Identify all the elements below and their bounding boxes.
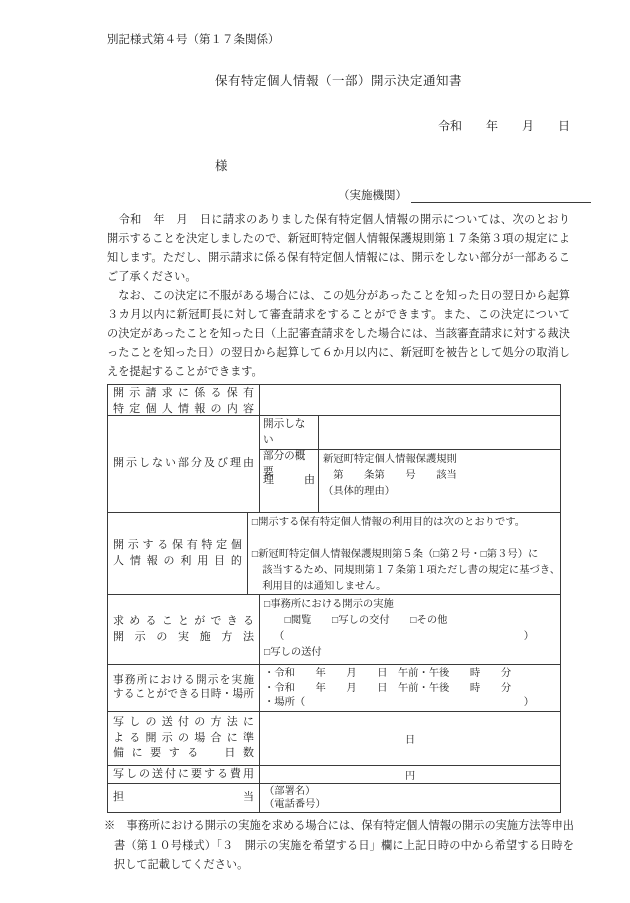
- row-fee-label: 写しの送付に要する費用: [108, 766, 260, 783]
- form-number: 別記様式第４号（第１７条関係）: [107, 31, 280, 47]
- row-datetime-value: ・令和 年 月 日 午前・午後 時 分 ・令和 年 月 日 午前・午後 時 分 …: [260, 665, 560, 711]
- label-line: よる開示の場合に準: [113, 731, 254, 747]
- footnote: ※ 事務所における開示の実施を求める場合には、保有特定個人情報の開示の実施方法等…: [104, 817, 574, 876]
- purpose-line: □開示する保有特定個人情報の利用目的は次のとおりです。: [252, 515, 560, 531]
- label-line: 特定個人情報の内容: [113, 402, 254, 418]
- place-label: ・場所（: [264, 696, 305, 711]
- label-line: することができる日時・場所: [113, 688, 254, 702]
- agency-label: （実施機関）: [338, 187, 407, 203]
- row-purpose: 開示する保有特定個 人情報の利用目的 □開示する保有特定個人情報の利用目的は次の…: [108, 512, 560, 594]
- purpose-line: 該当するため、同規則第１７条第１項ただし書の規定に基づき、: [252, 563, 560, 579]
- purpose-line: 利用目的は通知しません。: [252, 579, 560, 595]
- row-nondisclosure-subrows: 開示しない 部分の概要 理由 新冠町特定個人情報保護規則 第 条第 号 該当 （…: [260, 416, 560, 512]
- method-line: □写しの送付: [264, 645, 560, 661]
- label-line: 開示しない部分及び理由: [113, 456, 254, 472]
- footnote-line: 書（第１０号様式）「３ 開示の実施を希望する日」欄に上記日時の中から希望する日時…: [104, 837, 574, 857]
- label-line: 開示請求に係る保有: [113, 386, 254, 402]
- subrow-reason: 理由 新冠町特定個人情報保護規則 第 条第 号 該当 （具体的理由）: [260, 450, 560, 512]
- body-text: 令和 年 月 日に請求のありました保有特定個人情報の開示については、次のとおり …: [107, 211, 570, 382]
- row-request-content-value: [260, 385, 560, 415]
- label-line: 開示する保有特定個: [113, 538, 242, 554]
- reason-value: 新冠町特定個人情報保護規則 第 条第 号 該当 （具体的理由）: [319, 450, 560, 512]
- para-line: なお、この決定に不服がある場合には、この処分があったことを知った日の翌日から起算…: [107, 287, 570, 306]
- method-line: □事務所における開示の実施: [264, 597, 560, 613]
- blank-space: [284, 629, 523, 645]
- row-nondisclosure: 開示しない部分及び理由 開示しない 部分の概要 理由 新冠町特定個人情報保護規則…: [108, 415, 560, 512]
- agency-underline: [411, 187, 591, 203]
- row-contact-label: 担当: [108, 784, 260, 812]
- row-contact: 担当 （部署名） （電話番号）: [108, 783, 560, 812]
- row-nondisclosure-label: 開示しない部分及び理由: [108, 416, 260, 512]
- document-title: 保有特定個人情報（一部）開示決定通知書: [107, 71, 570, 89]
- para-line: 知します。ただし、開示請求に係る保有特定個人情報には、開示をしない部分が一部ある…: [107, 249, 570, 268]
- agency-line: （実施機関）: [338, 187, 591, 203]
- label-line: 写しの送付に要する費用: [113, 767, 254, 783]
- issue-date-line: 令和 年 月 日: [107, 117, 570, 134]
- label-line: 開示しない: [263, 417, 315, 449]
- purpose-line: [252, 531, 560, 547]
- place-line: ・場所（ ）: [264, 696, 560, 711]
- label-line: 求めることができる: [113, 614, 254, 630]
- blank-space: [305, 696, 524, 711]
- disclosure-table: 開示請求に係る保有 特定個人情報の内容 開示しない部分及び理由 開示しない 部分…: [107, 384, 561, 813]
- subrow-summary: 開示しない 部分の概要: [260, 416, 560, 450]
- row-days: 写しの送付の方法に よる開示の場合に準 備に要する 日数 日: [108, 711, 560, 765]
- row-days-label: 写しの送付の方法に よる開示の場合に準 備に要する 日数: [108, 712, 260, 765]
- paren-open: （: [274, 629, 284, 645]
- reason-line: 新冠町特定個人情報保護規則: [323, 452, 560, 468]
- label-line: 理由: [263, 473, 315, 489]
- summary-value: [319, 416, 560, 449]
- label-line: 写しの送付の方法に: [113, 715, 254, 731]
- purpose-line: □新冠町特定個人情報保護規則第５条（□第２号・□第３号）に: [252, 547, 560, 563]
- paren-close: ）: [524, 696, 534, 711]
- row-fee: 写しの送付に要する費用 円: [108, 765, 560, 783]
- summary-label: 開示しない 部分の概要: [260, 416, 319, 449]
- label-line: 担当: [113, 790, 254, 806]
- row-method-value: □事務所における開示の実施 □閲覧 □写しの交付 □その他 （ ） □写しの送付: [260, 595, 560, 664]
- method-line: □閲覧 □写しの交付 □その他: [264, 613, 560, 629]
- document-page: { "header": { "form_number": "別記様式第４号（第１…: [0, 0, 630, 903]
- paragraph-1: 令和 年 月 日に請求のありました保有特定個人情報の開示については、次のとおり …: [107, 211, 570, 287]
- para-line: の決定があったことを知った日（上記審査請求をした場合には、当該審査請求に対する裁…: [107, 325, 570, 344]
- footnote-line: ※ 事務所における開示の実施を求める場合には、保有特定個人情報の開示の実施方法等…: [104, 817, 574, 837]
- contact-line: （部署名）: [264, 785, 560, 798]
- label-line: 備に要する 日数: [113, 746, 254, 762]
- row-request-content-label: 開示請求に係る保有 特定個人情報の内容: [108, 385, 260, 415]
- para-line: 令和 年 月 日に請求のありました保有特定個人情報の開示については、次のとおり: [107, 211, 570, 230]
- row-datetime: 事務所における開示を実施 することができる日時・場所 ・令和 年 月 日 午前・…: [108, 664, 560, 711]
- row-request-content: 開示請求に係る保有 特定個人情報の内容: [108, 385, 560, 415]
- row-days-value: 日: [260, 712, 560, 765]
- footnote-line: 択して記載してください。: [104, 856, 574, 876]
- row-fee-value: 円: [260, 766, 560, 783]
- label-line: 人情報の利用目的: [113, 554, 242, 570]
- row-purpose-label: 開示する保有特定個 人情報の利用目的: [108, 513, 248, 594]
- paragraph-2: なお、この決定に不服がある場合には、この処分があったことを知った日の翌日から起算…: [107, 287, 570, 382]
- contact-line: （電話番号）: [264, 798, 560, 811]
- label-line: 事務所における開示を実施: [113, 674, 254, 688]
- datetime-line: ・令和 年 月 日 午前・午後 時 分: [264, 667, 560, 682]
- row-contact-value: （部署名） （電話番号）: [260, 784, 560, 812]
- row-purpose-value: □開示する保有特定個人情報の利用目的は次のとおりです。 □新冠町特定個人情報保護…: [248, 513, 560, 594]
- datetime-line: ・令和 年 月 日 午前・午後 時 分: [264, 682, 560, 697]
- reason-line: （具体的理由）: [323, 484, 560, 500]
- row-datetime-label: 事務所における開示を実施 することができる日時・場所: [108, 665, 260, 711]
- para-line: ３カ月以内に新冠町長に対して審査請求をすることができます。また、この決定について…: [107, 306, 570, 325]
- para-line: ったことを知った日）の翌日から起算して６か月以内に、新冠町を被告として処分の取消…: [107, 344, 570, 363]
- paren-close: ）: [524, 629, 534, 645]
- para-line: えを提起することができます。: [107, 363, 570, 382]
- method-paren-line: （ ）: [264, 629, 560, 645]
- reason-line: 第 条第 号 該当: [323, 468, 560, 484]
- reason-label: 理由: [260, 450, 319, 512]
- row-method-label: 求めることができる 開示の実施方法: [108, 595, 260, 664]
- row-method: 求めることができる 開示の実施方法 □事務所における開示の実施 □閲覧 □写しの…: [108, 594, 560, 664]
- label-line: 開示の実施方法: [113, 630, 254, 646]
- para-line: 開示することを決定しましたので、新冠町特定個人情報保護規則第１７条第３項の規定に…: [107, 230, 570, 249]
- addressee-suffix: 様: [215, 156, 228, 174]
- para-line: ご了承ください。: [107, 268, 570, 287]
